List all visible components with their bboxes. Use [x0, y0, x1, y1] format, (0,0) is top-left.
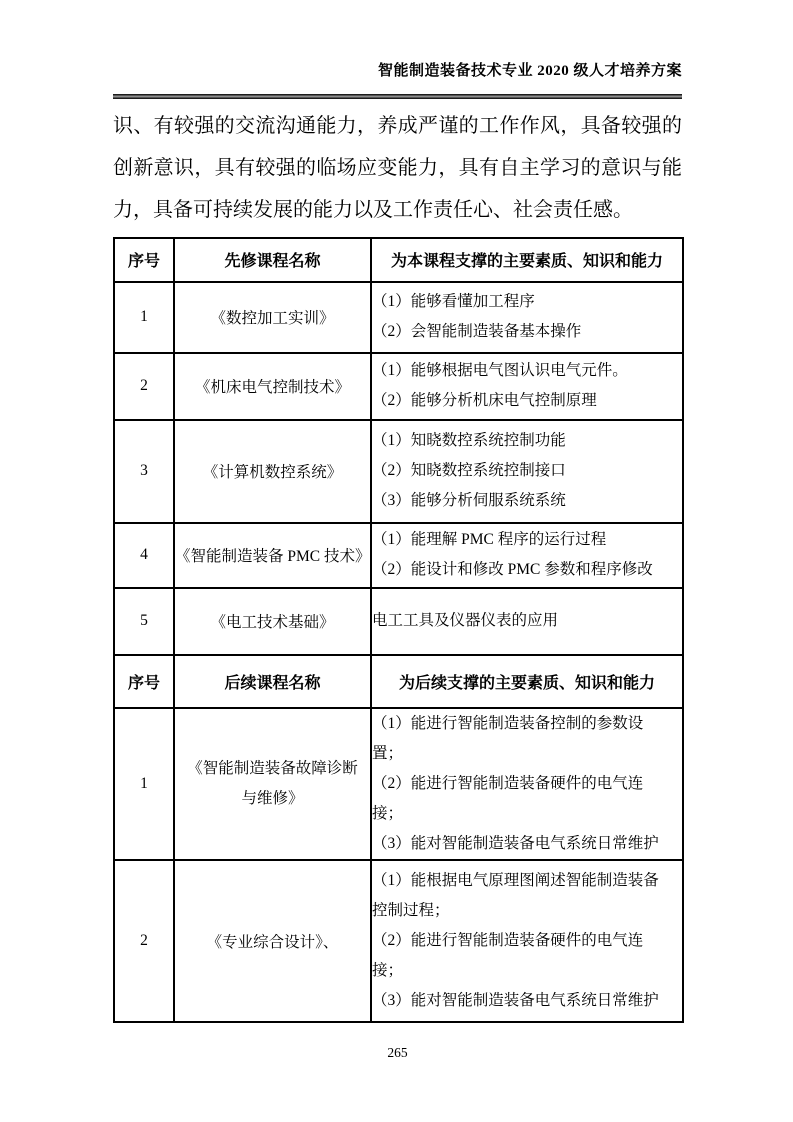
header-title: 智能制造装备技术专业 2020 级人才培养方案	[378, 63, 682, 79]
course-name: 《电工技术基础》	[174, 588, 371, 655]
support-items: （1）知晓数控系统控制功能 （2）知晓数控系统控制接口 （3）能够分析伺服系统系…	[371, 420, 683, 523]
support-item: （2）知晓数控系统控制接口	[372, 456, 682, 486]
support-item: （1）能根据电气原理图阐述智能制造装备 控制过程；	[372, 866, 682, 926]
row-number: 1	[114, 708, 174, 860]
course-name: 《专业综合设计》、	[174, 860, 371, 1022]
course-name: 《机床电气控制技术》	[174, 353, 371, 420]
row-number: 4	[114, 523, 174, 588]
support-item: （1）能够根据电气图认识电气元件。	[372, 356, 682, 386]
course-support-table: 序号 先修课程名称 为本课程支撑的主要素质、知识和能力 1 《数控加工实训》 （…	[113, 237, 684, 1023]
followup-header-row: 序号 后续课程名称 为后续支撑的主要素质、知识和能力	[114, 655, 683, 708]
course-name: 《智能制造装备 PMC 技术》	[174, 523, 371, 588]
course-name: 《数控加工实训》	[174, 282, 371, 353]
document-page: 智能制造装备技术专业 2020 级人才培养方案 识、有较强的交流沟通能力，养成严…	[0, 0, 793, 1122]
support-item: （1）能够看懂加工程序	[372, 287, 682, 317]
support-item: 电工工具及仪器仪表的应用	[372, 606, 682, 636]
course-name: 《计算机数控系统》	[174, 420, 371, 523]
support-items: （1）能理解 PMC 程序的运行过程 （2）能设计和修改 PMC 参数和程序修改	[371, 523, 683, 588]
row-number: 1	[114, 282, 174, 353]
prereq-row-3: 3 《计算机数控系统》 （1）知晓数控系统控制功能 （2）知晓数控系统控制接口 …	[114, 420, 683, 523]
prereq-col-no: 序号	[114, 238, 174, 282]
followup-row-1: 1 《智能制造装备故障诊断 与维修》 （1）能进行智能制造装备控制的参数设 置；…	[114, 708, 683, 860]
support-item: （2）能够分析机床电气控制原理	[372, 386, 682, 416]
support-item: （1）能进行智能制造装备控制的参数设 置；	[372, 709, 682, 769]
row-number: 5	[114, 588, 174, 655]
support-item: （2）会智能制造装备基本操作	[372, 317, 682, 347]
header-rule	[113, 94, 682, 99]
support-items: （1）能进行智能制造装备控制的参数设 置； （2）能进行智能制造装备硬件的电气连…	[371, 708, 683, 860]
support-item: （3）能够分析伺服系统系统	[372, 486, 682, 516]
support-item: （2）能设计和修改 PMC 参数和程序修改	[372, 555, 682, 585]
support-item: （2）能进行智能制造装备硬件的电气连 接；	[372, 926, 682, 986]
followup-row-2: 2 《专业综合设计》、 （1）能根据电气原理图阐述智能制造装备 控制过程； （2…	[114, 860, 683, 1022]
prereq-row-2: 2 《机床电气控制技术》 （1）能够根据电气图认识电气元件。 （2）能够分析机床…	[114, 353, 683, 420]
support-items: （1）能够根据电气图认识电气元件。 （2）能够分析机床电气控制原理	[371, 353, 683, 420]
page-number: 265	[113, 1045, 682, 1061]
support-item: （3）能对智能制造装备电气系统日常维护	[372, 986, 682, 1016]
row-number: 2	[114, 860, 174, 1022]
followup-col-no: 序号	[114, 655, 174, 708]
followup-col-support: 为后续支撑的主要素质、知识和能力	[371, 655, 683, 708]
prereq-header-row: 序号 先修课程名称 为本课程支撑的主要素质、知识和能力	[114, 238, 683, 282]
support-item: （1）能理解 PMC 程序的运行过程	[372, 525, 682, 555]
support-items: 电工工具及仪器仪表的应用	[371, 588, 683, 655]
support-items: （1）能根据电气原理图阐述智能制造装备 控制过程； （2）能进行智能制造装备硬件…	[371, 860, 683, 1022]
prereq-row-5: 5 《电工技术基础》 电工工具及仪器仪表的应用	[114, 588, 683, 655]
row-number: 3	[114, 420, 174, 523]
prereq-row-1: 1 《数控加工实训》 （1）能够看懂加工程序 （2）会智能制造装备基本操作	[114, 282, 683, 353]
body-paragraph: 识、有较强的交流沟通能力，养成严谨的工作作风，具备较强的创新意识，具有较强的临场…	[113, 105, 682, 231]
support-item: （1）知晓数控系统控制功能	[372, 426, 682, 456]
support-items: （1）能够看懂加工程序 （2）会智能制造装备基本操作	[371, 282, 683, 353]
course-name: 《智能制造装备故障诊断 与维修》	[174, 708, 371, 860]
page-header: 智能制造装备技术专业 2020 级人才培养方案	[113, 60, 682, 82]
row-number: 2	[114, 353, 174, 420]
prereq-row-4: 4 《智能制造装备 PMC 技术》 （1）能理解 PMC 程序的运行过程 （2）…	[114, 523, 683, 588]
support-item: （2）能进行智能制造装备硬件的电气连 接；	[372, 769, 682, 829]
prereq-col-support: 为本课程支撑的主要素质、知识和能力	[371, 238, 683, 282]
support-item: （3）能对智能制造装备电气系统日常维护	[372, 829, 682, 859]
page-content: 智能制造装备技术专业 2020 级人才培养方案 识、有较强的交流沟通能力，养成严…	[113, 0, 682, 1061]
followup-col-course: 后续课程名称	[174, 655, 371, 708]
prereq-col-course: 先修课程名称	[174, 238, 371, 282]
